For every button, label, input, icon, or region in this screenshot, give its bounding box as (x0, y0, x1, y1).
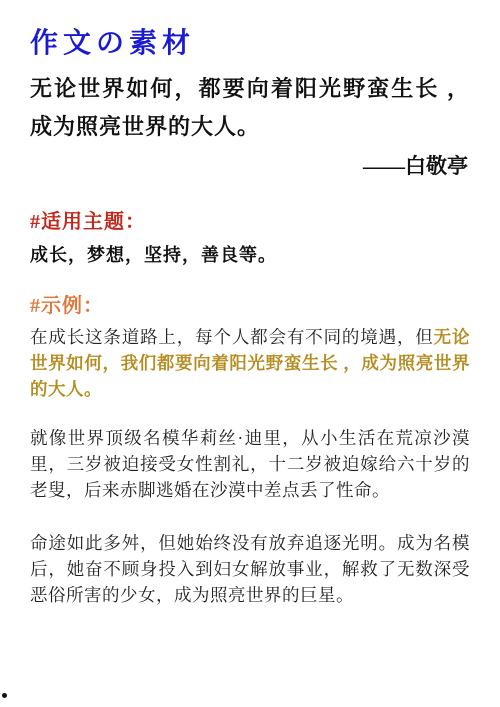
themes-section-heading: #适用主题： (30, 210, 470, 234)
themes-list: 成长，梦想，坚持，善良等。 (30, 243, 470, 267)
example-intro-plain-text: 在成长这条道路上，每个人都会有不同的境遇，但 (30, 327, 434, 347)
example-story-paragraph: 就像世界顶级名模华莉丝·迪里，从小生活在荒凉沙漠里，三岁被迫接受女性割礼，十二岁… (30, 425, 470, 503)
page-title: 作文の素材 (30, 26, 470, 60)
quote-text: 无论世界如何，都要向着阳光野蛮生长 ，成为照亮世界的大人。 (30, 70, 470, 146)
stray-dot-artifact (2, 693, 7, 698)
document-page: 作文の素材 无论世界如何，都要向着阳光野蛮生长 ，成为照亮世界的大人。 ——白敬… (0, 0, 500, 707)
example-conclusion-paragraph: 命途如此多舛，但她始终没有放弃追逐光明。成为名模后，她奋不顾身投入到妇女解放事业… (30, 530, 470, 608)
quote-attribution: ——白敬亭 (30, 152, 470, 180)
example-section-heading: #示例： (30, 294, 470, 318)
example-intro-paragraph: 在成长这条道路上，每个人都会有不同的境遇，但无论世界如何，我们都要向着阳光野蛮生… (30, 324, 470, 402)
